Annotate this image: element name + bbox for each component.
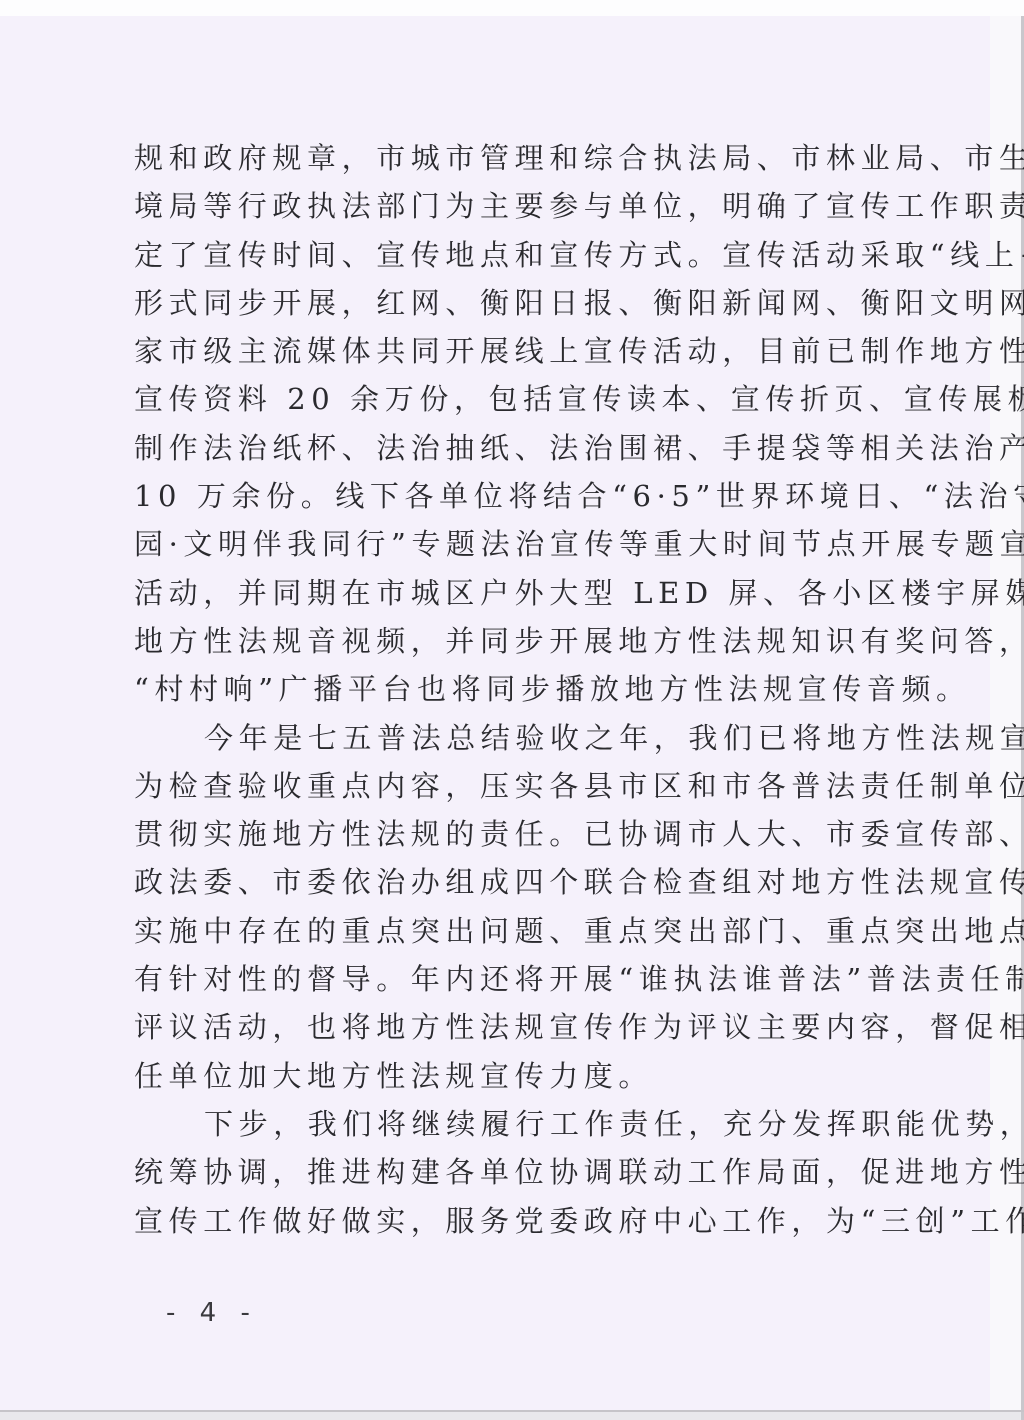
text-line: 境局等行政执法部门为主要参与单位，明确了宣传工作职责，确 [134, 182, 874, 230]
text-line: 制作法治纸杯、法治抽纸、法治围裙、手提袋等相关法治产品 [134, 424, 874, 472]
text-line: 任单位加大地方性法规宣传力度。 [134, 1052, 874, 1100]
text-line: 为检查验收重点内容，压实各县市区和市各普法责任制单位宣传 [134, 762, 874, 810]
page-number: - 4 - [166, 1298, 258, 1328]
scan-bottom-margin [0, 1412, 1021, 1420]
text-line: 政法委、市委依治办组成四个联合检查组对地方性法规宣传贯彻 [134, 858, 874, 906]
text-line: 规和政府规章，市城市管理和综合执法局、市林业局、市生态环 [134, 134, 874, 182]
text-line: 下步，我们将继续履行工作责任，充分发挥职能优势，加强 [134, 1100, 874, 1148]
text-line: 今年是七五普法总结验收之年，我们已将地方性法规宣传列 [134, 714, 874, 762]
paragraph-1: 规和政府规章，市城市管理和综合执法局、市林业局、市生态环 境局等行政执法部门为主… [134, 134, 874, 714]
text-line: 评议活动，也将地方性法规宣传作为评议主要内容，督促相关责 [134, 1003, 874, 1051]
text-line: 活动，并同期在市城区户外大型 LED 屏、各小区楼宇屏媒播放 [134, 569, 874, 617]
text-line: 贯彻实施地方性法规的责任。已协调市人大、市委宣传部、市委 [134, 810, 874, 858]
text-line: 宣传资料 20 余万份，包括宣传读本、宣传折页、宣传展板等， [134, 375, 874, 423]
text-line: 实施中存在的重点突出问题、重点突出部门、重点突出地点开展 [134, 907, 874, 955]
text-line: 统筹协调，推进构建各单位协调联动工作局面，促进地方性法规 [134, 1148, 874, 1196]
text-line: 家市级主流媒体共同开展线上宣传活动，目前已制作地方性法规 [134, 327, 874, 375]
text-line: 10 万余份。线下各单位将结合“6·5”世界环境日、“法治守护家 [134, 472, 874, 520]
text-line: 形式同步开展，红网、衡阳日报、衡阳新闻网、衡阳文明网等多 [134, 279, 874, 327]
text-line: 园·文明伴我同行”专题法治宣传等重大时间节点开展专题宣传 [134, 520, 874, 568]
text-line: 定了宣传时间、宣传地点和宣传方式。宣传活动采取“线上+线下” [134, 231, 874, 279]
paragraph-2: 今年是七五普法总结验收之年，我们已将地方性法规宣传列 为检查验收重点内容，压实各… [134, 714, 874, 1100]
paragraph-3: 下步，我们将继续履行工作责任，充分发挥职能优势，加强 统筹协调，推进构建各单位协… [134, 1100, 874, 1245]
text-line: 宣传工作做好做实，服务党委政府中心工作，为“三创”工作和推 [134, 1197, 874, 1245]
scan-right-margin [990, 16, 1022, 1410]
text-line: “村村响”广播平台也将同步播放地方性法规宣传音频。 [134, 665, 874, 713]
document-body: 规和政府规章，市城市管理和综合执法局、市林业局、市生态环 境局等行政执法部门为主… [134, 134, 874, 1245]
scan-top-margin [0, 0, 1024, 16]
text-line: 有针对性的督导。年内还将开展“谁执法谁普法”普法责任制履责 [134, 955, 874, 1003]
text-line: 地方性法规音视频，并同步开展地方性法规知识有奖问答，全市 [134, 617, 874, 665]
